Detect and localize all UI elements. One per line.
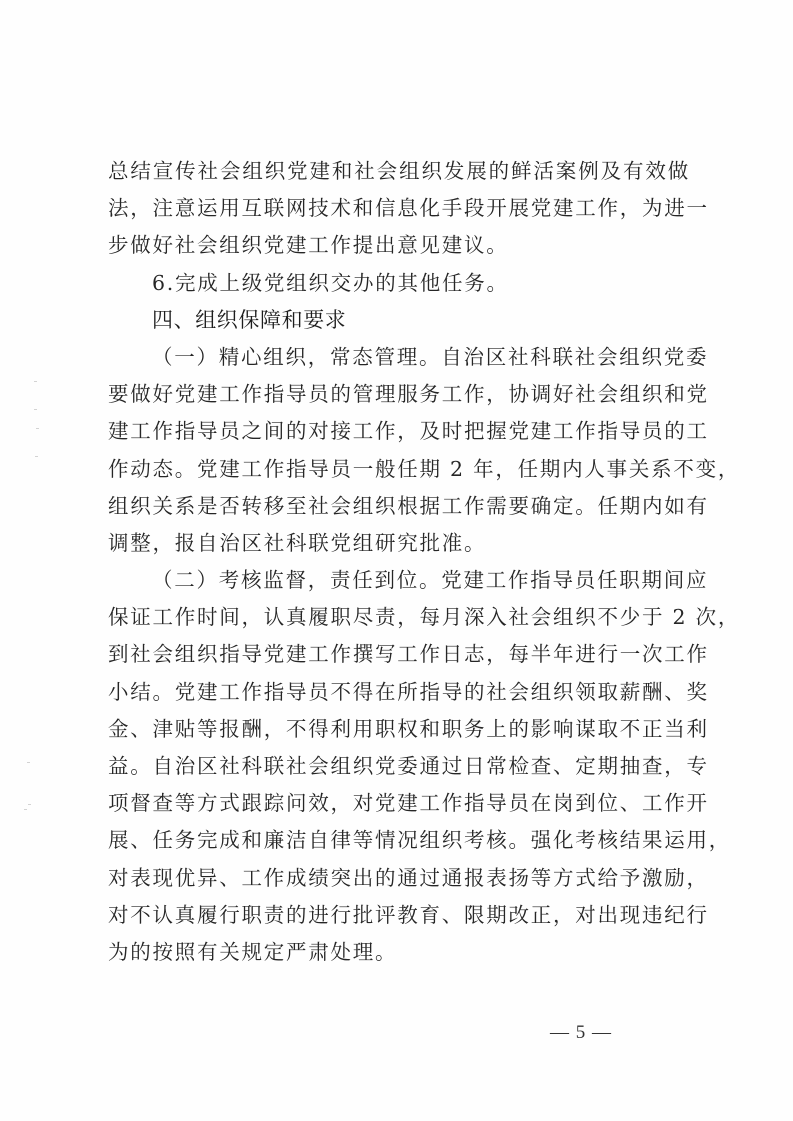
text-line: 益。自治区社科联社会组织党委通过日常检查、定期抽查，专: [108, 748, 690, 785]
scan-artifact: [35, 456, 38, 457]
scan-artifact: [34, 409, 37, 410]
scan-artifact: [36, 428, 39, 429]
text-line: 展、任务完成和廉洁自律等情况组织考核。强化考核结果运用，: [108, 822, 690, 859]
text-line: 金、津贴等报酬，不得利用职权和职务上的影响谋取不正当利: [108, 711, 690, 748]
text-line: 调整，报自治区社科联党组研究批准。: [108, 525, 690, 562]
text-line: 为的按照有关规定严肃处理。: [108, 934, 690, 971]
text-line: 到社会组织指导党建工作撰写工作日志，每半年进行一次工作: [108, 636, 690, 673]
text-line: （二）考核监督，责任到位。党建工作指导员任职期间应: [108, 562, 690, 599]
text-line: 作动态。党建工作指导员一般任期 2 年，任期内人事关系不变，: [108, 451, 690, 488]
scan-artifact: [34, 381, 37, 382]
page-number: — 5 —: [541, 1022, 621, 1044]
document-page: 总结宣传社会组织党建和社会组织发展的鲜活案例及有效做 法，注意运用互联网技术和信…: [0, 0, 793, 1121]
text-line: 保证工作时间，认真履职尽责，每月深入社会组织不少于 2 次，: [108, 599, 690, 636]
scan-artifact: [28, 804, 31, 805]
text-line: 总结宣传社会组织党建和社会组织发展的鲜活案例及有效做: [108, 153, 690, 190]
text-line: 小结。党建工作指导员不得在所指导的社会组织领取薪酬、奖: [108, 674, 690, 711]
document-body: 总结宣传社会组织党建和社会组织发展的鲜活案例及有效做 法，注意运用互联网技术和信…: [108, 153, 690, 971]
text-line: 步做好社会组织党建工作提出意见建议。: [108, 227, 690, 264]
heading-text: 四、组织保障和要求: [108, 302, 690, 339]
paragraph-section-2: （二）考核监督，责任到位。党建工作指导员任职期间应 保证工作时间，认真履职尽责，…: [108, 562, 690, 971]
text-line: 组织关系是否转移至社会组织根据工作需要确定。任期内如有: [108, 488, 690, 525]
text-line: 法，注意运用互联网技术和信息化手段开展党建工作，为进一: [108, 190, 690, 227]
text-line: 建工作指导员之间的对接工作，及时把握党建工作指导员的工: [108, 413, 690, 450]
paragraph-item-6: 6.完成上级党组织交办的其他任务。: [108, 265, 690, 302]
text-line: 对表现优异、工作成绩突出的通过通报表扬等方式给予激励，: [108, 860, 690, 897]
scan-artifact: [24, 809, 27, 810]
text-line: （一）精心组织，常态管理。自治区社科联社会组织党委: [108, 339, 690, 376]
text-line: 对不认真履行职责的进行批评教育、限期改正，对出现违纪行: [108, 897, 690, 934]
section-heading: 四、组织保障和要求: [108, 302, 690, 339]
paragraph-continuation: 总结宣传社会组织党建和社会组织发展的鲜活案例及有效做 法，注意运用互联网技术和信…: [108, 153, 690, 265]
text-line: 6.完成上级党组织交办的其他任务。: [108, 265, 690, 302]
scan-artifact: [27, 762, 30, 763]
paragraph-section-1: （一）精心组织，常态管理。自治区社科联社会组织党委 要做好党建工作指导员的管理服…: [108, 339, 690, 562]
text-line: 要做好党建工作指导员的管理服务工作，协调好社会组织和党: [108, 376, 690, 413]
text-line: 项督查等方式跟踪问效，对党建工作指导员在岗到位、工作开: [108, 785, 690, 822]
